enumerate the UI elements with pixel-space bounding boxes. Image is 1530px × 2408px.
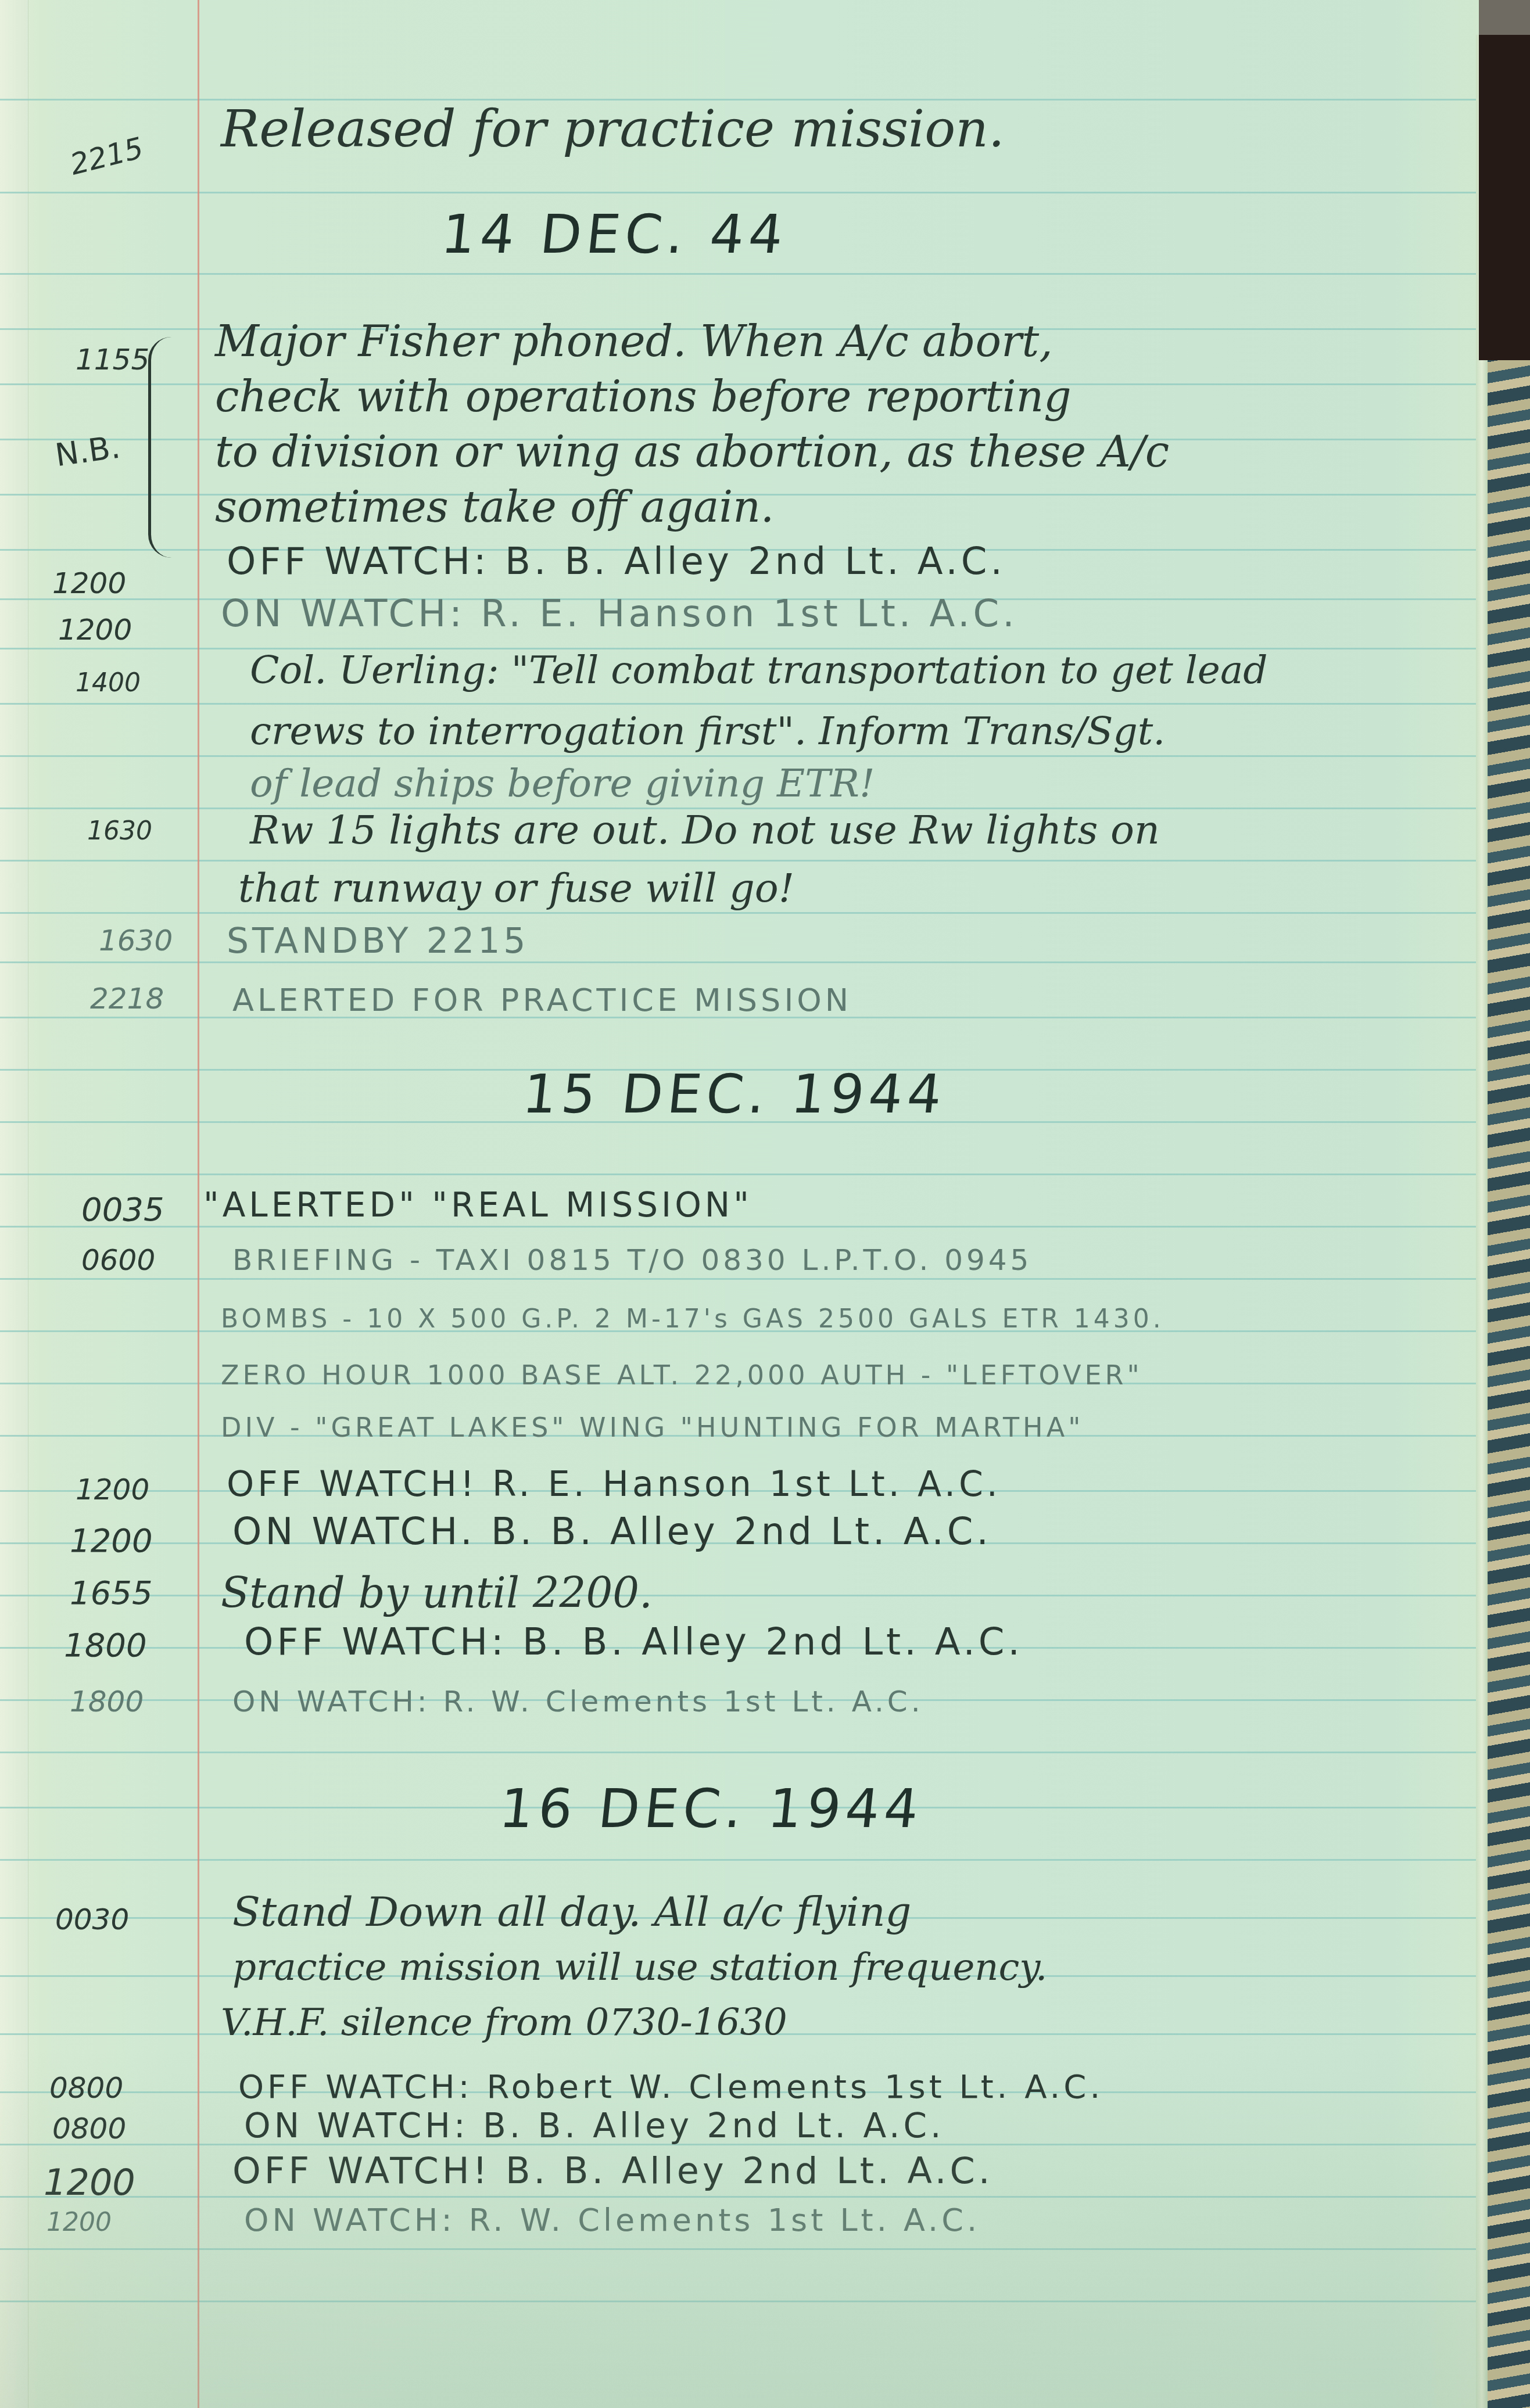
entry-text: ON WATCH: B. B. Alley 2nd Lt. A.C.	[244, 2106, 945, 2145]
entry-text: STANDBY 2215	[227, 921, 529, 961]
date-heading: 14 DEC. 44	[438, 203, 790, 265]
ruled-line	[0, 961, 1476, 963]
entry-line: Stand Down all day. All a/c flying	[232, 1888, 911, 1936]
entry-time: 1200	[58, 613, 132, 647]
ruled-line	[0, 1278, 1476, 1280]
ruled-line	[0, 703, 1476, 705]
entry-text: OFF WATCH: B. B. Alley 2nd Lt. A.C.	[244, 1621, 1023, 1664]
entry-line: crews to interrogation first". Inform Tr…	[250, 709, 1165, 753]
ruled-line	[0, 1859, 1476, 1861]
date-heading: 16 DEC. 1944	[496, 1778, 926, 1840]
entry-time: 0030	[55, 1903, 129, 1936]
ruled-line	[0, 912, 1476, 914]
ruled-line	[0, 192, 1476, 193]
book-cover-edge	[1488, 0, 1530, 2408]
entry-line: to division or wing as abortion, as thes…	[215, 427, 1169, 477]
entry-time: 0035	[81, 1191, 164, 1229]
entry-time: 0800	[49, 2071, 123, 2105]
date-heading: 15 DEC. 1944	[519, 1063, 949, 1125]
ruled-line	[0, 1174, 1476, 1175]
entry-text: ON WATCH: R. W. Clements 1st Lt. A.C.	[244, 2202, 980, 2238]
entry-time: 1400	[76, 668, 141, 698]
entry-line: sometimes take off again.	[215, 482, 774, 532]
entry-text: ON WATCH: R. E. Hanson 1st Lt. A.C.	[221, 593, 1018, 636]
entry-line: DIV - "GREAT LAKES" WING "HUNTING FOR MA…	[221, 1412, 1084, 1443]
entry-time: 1655	[70, 1574, 153, 1612]
ruled-line	[0, 755, 1476, 757]
entry-line: that runway or fuse will go!	[238, 866, 794, 911]
entry-time: 2218	[90, 982, 164, 1015]
entry-line: check with operations before reporting	[215, 372, 1072, 422]
entry-text: OFF WATCH: Robert W. Clements 1st Lt. A.…	[238, 2068, 1103, 2106]
ruled-line	[0, 2301, 1476, 2302]
binding-edge	[0, 0, 28, 2408]
entry-line: Major Fisher phoned. When A/c abort,	[215, 317, 1053, 367]
entry-line: V.H.F. silence from 0730-1630	[221, 2001, 787, 2044]
book-spine-top	[1479, 0, 1530, 360]
ruled-line	[0, 1752, 1476, 1753]
ruled-line	[0, 2196, 1476, 2198]
entry-line: Col. Uerling: "Tell combat transportatio…	[250, 648, 1267, 692]
entry-text: OFF WATCH! B. B. Alley 2nd Lt. A.C.	[232, 2149, 993, 2192]
entry-time: 1200	[70, 1522, 153, 1560]
entry-text: ON WATCH. B. B. Alley 2nd Lt. A.C.	[232, 1510, 992, 1553]
entry-line: practice mission will use station freque…	[232, 1946, 1047, 1989]
brace-bracket	[148, 337, 174, 558]
ruled-line	[0, 273, 1476, 275]
entry-time: 1630	[99, 924, 173, 957]
entry-time: 2215	[67, 131, 147, 181]
entry-time: 0600	[81, 1243, 155, 1277]
entry-line: ZERO HOUR 1000 BASE ALT. 22,000 AUTH - "…	[221, 1359, 1143, 1391]
ruled-line	[0, 860, 1476, 862]
nb-marker: N.B.	[53, 429, 122, 474]
entry-line: Rw 15 lights are out. Do not use Rw ligh…	[250, 808, 1160, 853]
entry-text: Stand by until 2200.	[221, 1569, 653, 1617]
entry-line: BRIEFING - TAXI 0815 T/O 0830 L.P.T.O. 0…	[232, 1243, 1032, 1277]
entry-text: OFF WATCH! R. E. Hanson 1st Lt. A.C.	[227, 1464, 1001, 1505]
margin-line	[198, 0, 199, 2408]
entry-text: ON WATCH: R. W. Clements 1st Lt. A.C.	[232, 1685, 924, 1718]
ruled-line	[0, 2248, 1476, 2250]
entry-time: 1200	[52, 566, 126, 600]
entry-time: 1630	[87, 816, 152, 846]
entry-text: "ALERTED" "REAL MISSION"	[203, 1185, 753, 1225]
entry-time: 1200	[46, 2208, 112, 2237]
entry-line: BOMBS - 10 X 500 G.P. 2 M-17's GAS 2500 …	[221, 1304, 1164, 1334]
logbook-page: 2215 Released for practice mission. 14 D…	[0, 0, 1488, 2408]
page-stack-edge	[1476, 35, 1488, 2408]
ruled-line	[0, 1226, 1476, 1228]
entry-time: 1200	[44, 2161, 135, 2204]
entry-text: ALERTED FOR PRACTICE MISSION	[232, 982, 852, 1018]
entry-time: 1800	[64, 1627, 147, 1664]
entry-time: 1200	[76, 1473, 149, 1506]
entry-time: 1800	[70, 1685, 144, 1718]
entry-text: Released for practice mission.	[221, 99, 1005, 159]
entry-text: OFF WATCH: B. B. Alley 2nd Lt. A.C.	[227, 540, 1006, 583]
entry-line: of lead ships before giving ETR!	[250, 761, 875, 806]
entry-time: 1155	[76, 343, 149, 376]
entry-time: 0800	[52, 2112, 126, 2145]
